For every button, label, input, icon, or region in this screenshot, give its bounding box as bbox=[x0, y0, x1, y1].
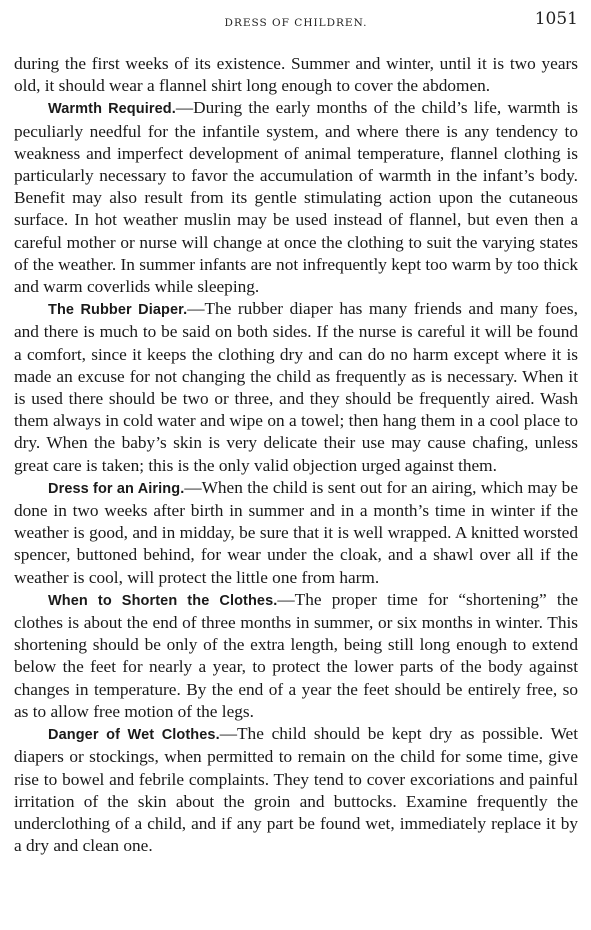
paragraph-text: during the first weeks of its existence.… bbox=[14, 54, 578, 95]
page-header: DRESS OF CHILDREN. 1051 bbox=[14, 0, 578, 40]
paragraph-shorten-clothes: When to Shorten the Clothes.—The proper … bbox=[14, 589, 578, 723]
paragraph-wet-clothes: Danger of Wet Clothes.—The child should … bbox=[14, 723, 578, 857]
section-heading: The Rubber Diaper. bbox=[48, 302, 187, 318]
paragraph-text: —The rubber diaper has many friends and … bbox=[14, 299, 578, 474]
paragraph-dress-for-airing: Dress for an Airing.—When the child is s… bbox=[14, 477, 578, 589]
paragraph-text: —During the early months of the child’s … bbox=[14, 98, 578, 296]
section-heading: When to Shorten the Clothes. bbox=[48, 593, 277, 609]
section-heading: Warmth Required. bbox=[48, 101, 176, 117]
paragraph-text: —The child should be kept dry as possibl… bbox=[14, 724, 578, 855]
book-page: DRESS OF CHILDREN. 1051 during the first… bbox=[14, 0, 578, 40]
page-number: 1051 bbox=[535, 9, 578, 29]
section-heading: Dress for an Airing. bbox=[48, 481, 184, 497]
paragraph-rubber-diaper: The Rubber Diaper.—The rubber diaper has… bbox=[14, 298, 578, 477]
running-title: DRESS OF CHILDREN. bbox=[14, 17, 578, 29]
paragraph-text: —The proper time for “shortening” the cl… bbox=[14, 590, 578, 721]
paragraph-continuation: during the first weeks of its existence.… bbox=[14, 53, 578, 97]
paragraph-warmth-required: Warmth Required.—During the early months… bbox=[14, 97, 578, 298]
page-body: during the first weeks of its existence.… bbox=[14, 53, 578, 857]
section-heading: Danger of Wet Clothes. bbox=[48, 727, 220, 743]
